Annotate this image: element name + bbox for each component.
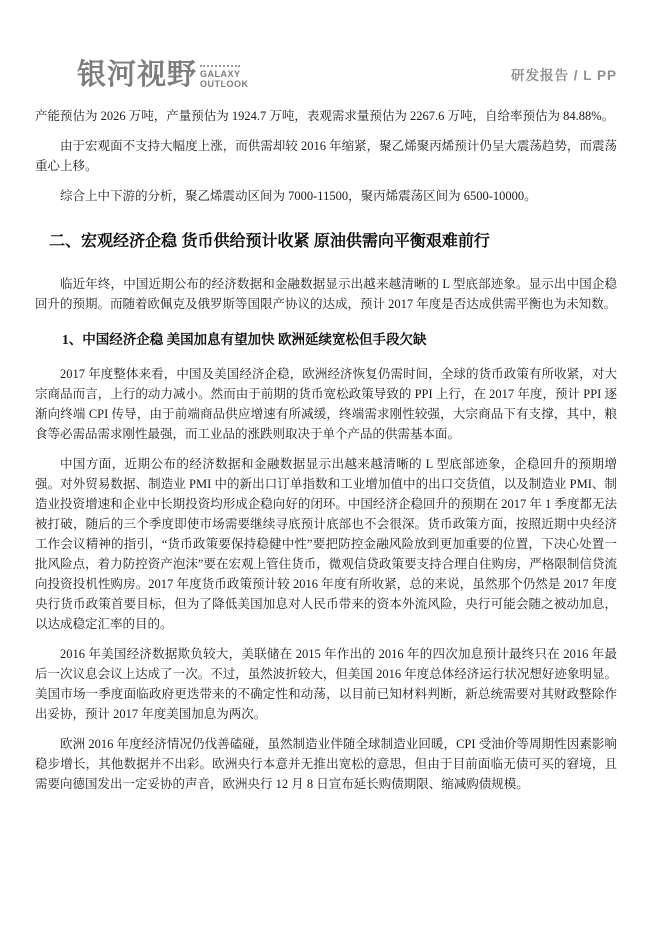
paragraph-us-analysis: 2016 年美国经济数据欺负较大，美联储在 2015 年作出的 2016 年的四… (35, 644, 617, 724)
report-body: 产能预估为 2026 万吨，产量预估为 1924.7 万吨，表观需求量预估为 2… (35, 106, 617, 794)
paragraph-capacity-estimate: 产能预估为 2026 万吨，产量预估为 1924.7 万吨，表观需求量预估为 2… (35, 106, 617, 126)
paragraph-2017-overview: 2017 年度整体来看，中国及美国经济企稳，欧洲经济恢复仍需时间，全球的货币政策… (35, 364, 617, 444)
report-header: 银河视野 GALAXY OUTLOOK 研发报告 / L PP (35, 46, 617, 90)
paragraph-price-range: 综合上中下游的分析，聚乙烯震动区间为 7000-11500，聚丙烯震荡区间为 6… (35, 186, 617, 206)
report-page: 银河视野 GALAXY OUTLOOK 研发报告 / L PP 产能预估为 20… (0, 0, 662, 936)
logo-english-wordmark: GALAXY OUTLOOK (200, 65, 249, 90)
subsection-heading-china-us-europe: 1、中国经济企稳 美国加息有望加快 欧洲延续宽松但手段欠缺 (35, 330, 617, 350)
logo-chinese-wordmark: 银河视野 (77, 61, 197, 90)
paragraph-macro-outlook: 由于宏观面不支持大幅度上涨，而供需却较 2016 年缩紧，聚乙烯聚丙烯预计仍呈大… (35, 136, 617, 176)
galaxy-outlook-logo: 银河视野 GALAXY OUTLOOK (77, 61, 249, 90)
section-heading-macro-economy: 二、宏观经济企稳 货币供给预计收紧 原油供需向平衡艰难前行 (35, 232, 617, 252)
paragraph-europe-analysis: 欧洲 2016 年度经济情况仍伐善磕碰，虽然制造业伴随全球制造业回暖，CPI 受… (35, 734, 617, 794)
paragraph-china-analysis: 中国方面，近期公布的经济数据和金融数据显示出越来越清晰的 L 型底部迹象，企稳回… (35, 454, 617, 634)
paragraph-yearend-overview: 临近年终，中国近期公布的经济数据和金融数据显示出越来越清晰的 L 型底部迹象。显… (35, 274, 617, 314)
report-type-label: 研发报告 / L PP (511, 64, 617, 90)
logo-en-outlook: OUTLOOK (200, 79, 249, 89)
logo-en-galaxy: GALAXY (200, 69, 249, 79)
logo-dots-decoration (200, 65, 240, 67)
